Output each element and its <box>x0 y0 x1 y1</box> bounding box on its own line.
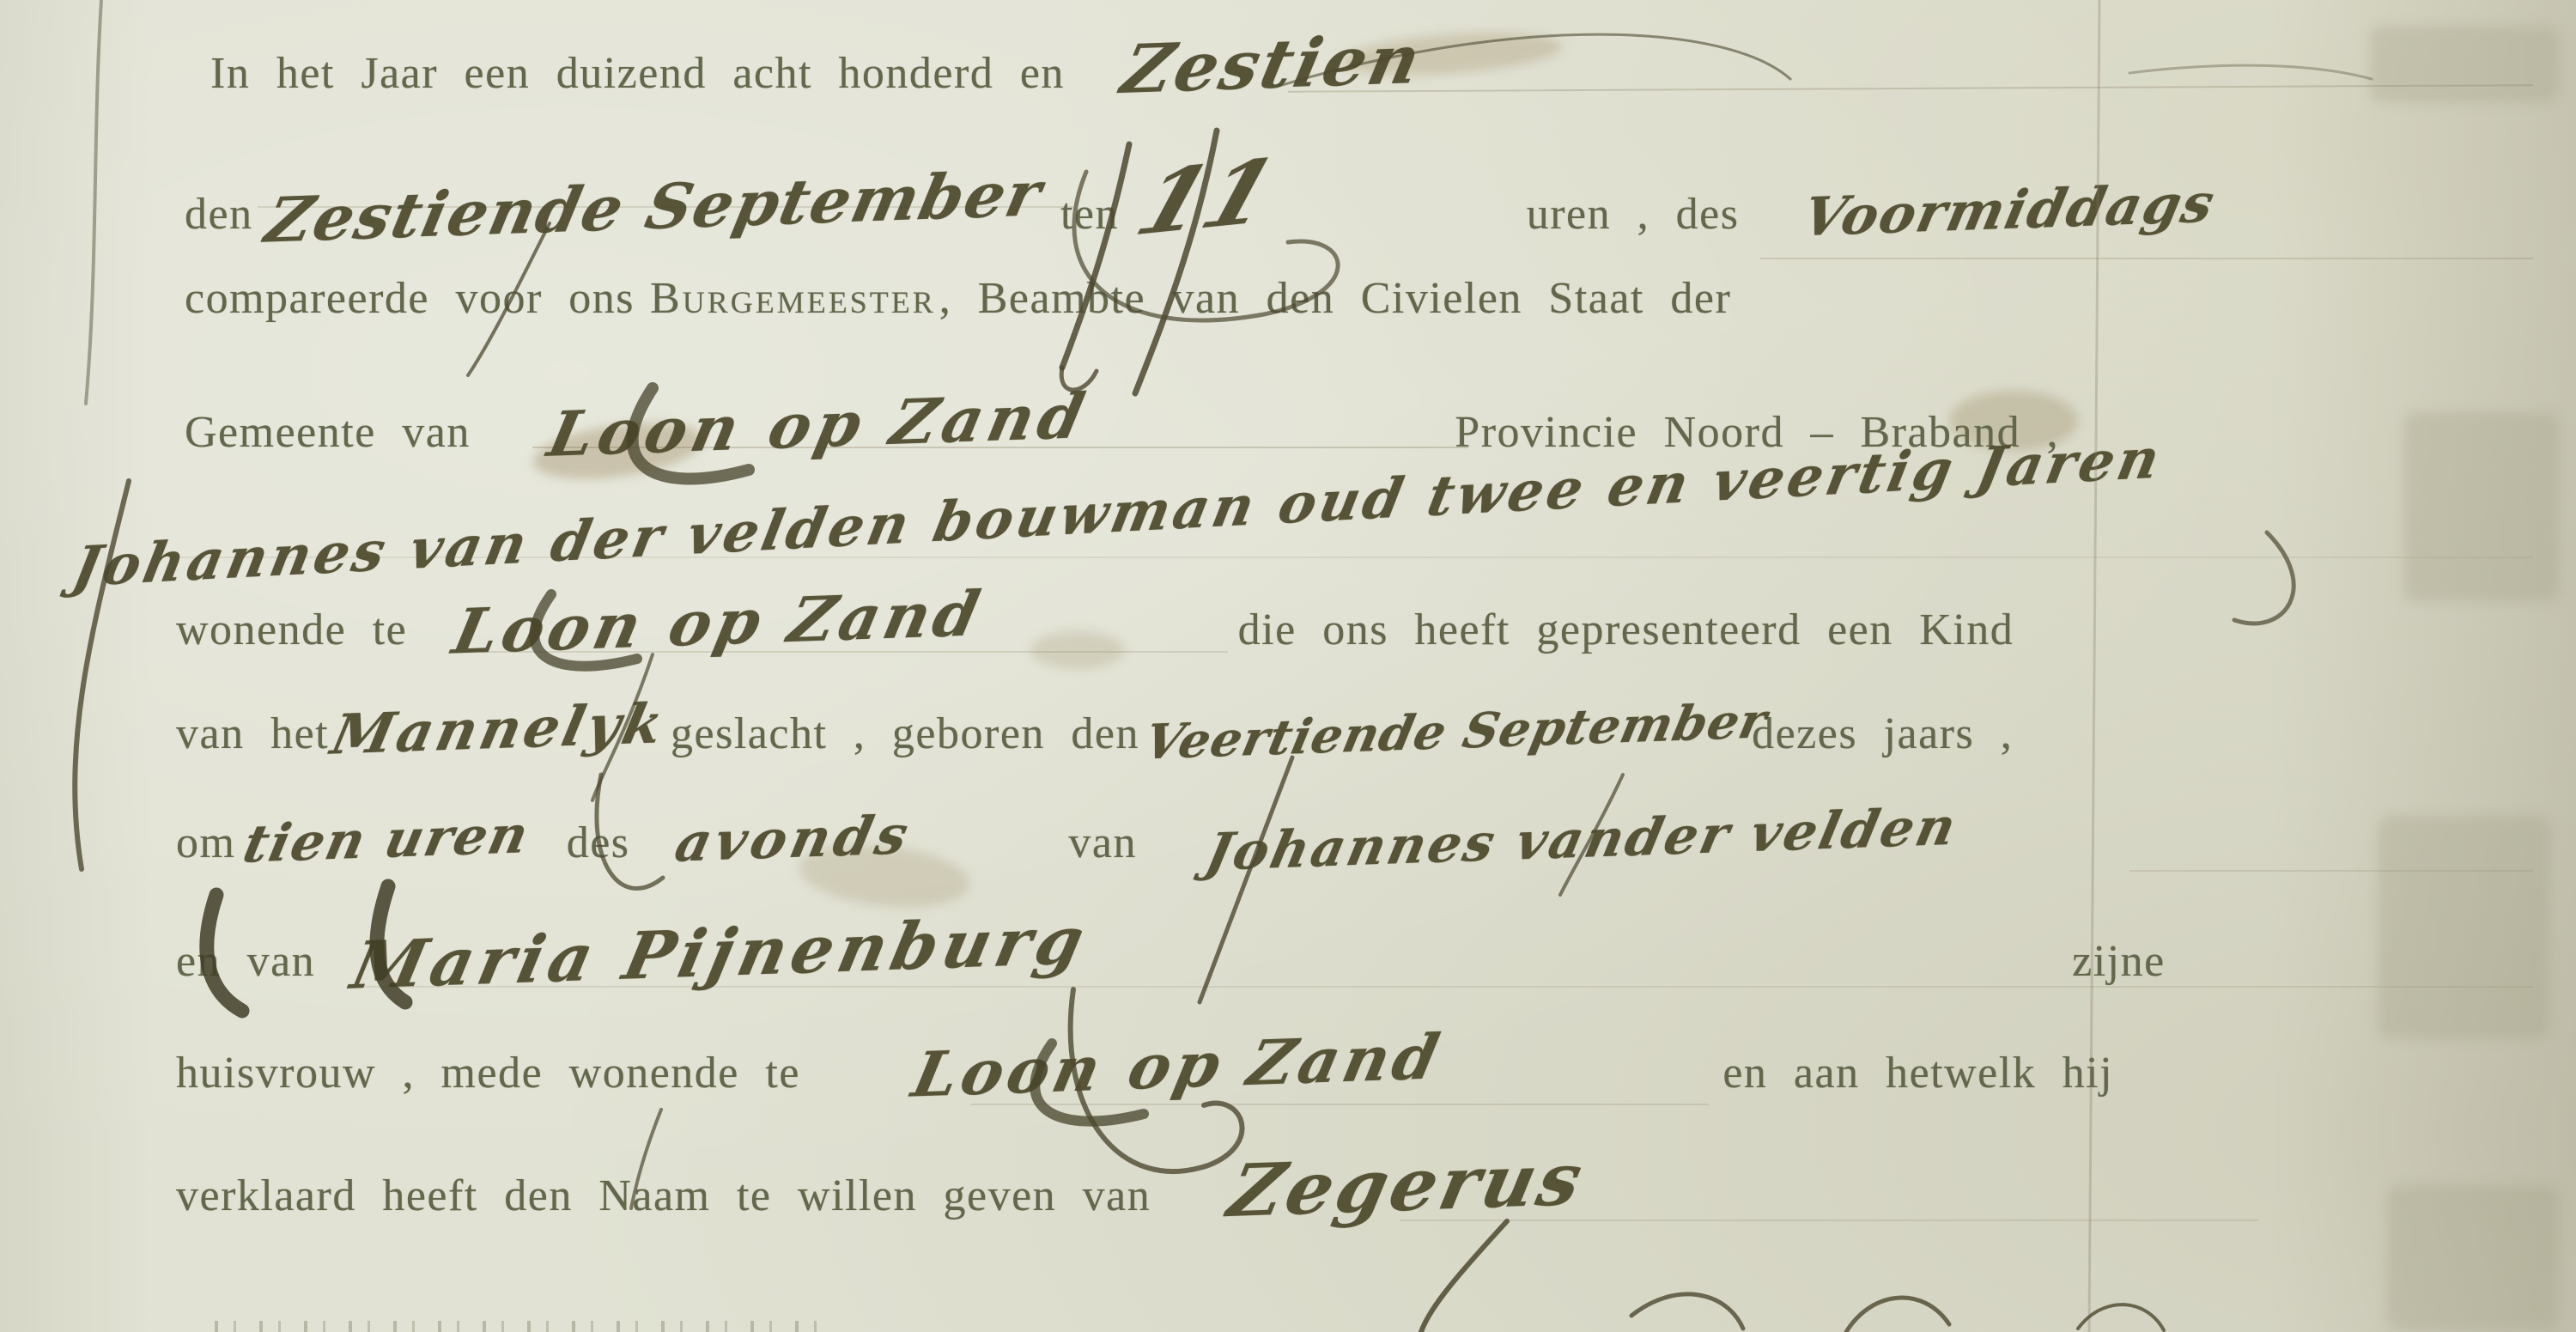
printed-huisvrouw: huisvrouw , mede wonende te <box>176 1048 800 1098</box>
bleed-through-mark <box>2370 26 2559 103</box>
line-mother: en vanMaria Pijnenburgzijne <box>176 915 2166 991</box>
entry-birth-daypart: avonds <box>670 803 918 873</box>
printed-zijne: zijne <box>2072 936 2166 987</box>
printed-burgemeester: Burgemeester <box>650 273 936 324</box>
line-wife-residence: huisvrouw , mede wonende teLoon op Zande… <box>176 1029 2113 1102</box>
entry-birth-hour: tien uren <box>239 805 536 874</box>
printed-beambte: , Beambte van den Civielen Staat der <box>939 273 1732 324</box>
scanned-birth-record-page: { "page": { "kind": "Dutch civil birth r… <box>0 0 2576 1332</box>
printed-compareerde: compareerde voor ons <box>185 273 635 324</box>
entry-father-name: Johannes vander velden <box>1200 797 1964 883</box>
entry-daypart: Voormiddags <box>1798 172 2222 249</box>
form-rule <box>1760 258 2533 259</box>
entry-mother-name: Maria Pijnenburg <box>345 902 1096 1004</box>
entry-wife-residence: Loon op Zand <box>906 1019 1449 1110</box>
printed-geslacht-geboren: geslacht , geboren den <box>671 709 1139 759</box>
printed-van-het: van het <box>176 709 329 759</box>
printed-wonende-te: wonende te <box>176 605 407 655</box>
line-date-time: denZestiende Septemberten11uren , desVoo… <box>185 144 2214 250</box>
line-residence: wonende teLoon op Zanddie ons heeft gepr… <box>176 586 2014 659</box>
printed-van: van <box>1068 818 1137 868</box>
line-sex-birthdate: van hetMannelykgeslacht , geboren denVee… <box>176 697 2013 762</box>
entry-sex: Mannelyk <box>326 691 672 767</box>
form-rule <box>1288 84 2533 93</box>
entry-hour: 11 <box>1124 138 1289 256</box>
printed-en-van: en van <box>176 936 315 987</box>
printed-ten: ten <box>1060 189 1119 240</box>
line-child-name: verklaard heeft den Naam te willen geven… <box>176 1142 1583 1227</box>
entry-residence: Loon op Zand <box>447 576 991 667</box>
cropped-line-fragment <box>215 1321 833 1332</box>
entry-year: Zestien <box>1115 21 1430 109</box>
line-declarant: Johannes van der velden bouwman oud twee… <box>82 463 2155 563</box>
entry-municipality: Loon op Zand <box>542 379 1096 471</box>
line-official: compareerde voor onsBurgemeester, Beambt… <box>185 273 1731 324</box>
line-year: In het Jaar een duizend acht honderd enZ… <box>210 26 1419 104</box>
entry-day-month: Zestiende September <box>259 156 1049 256</box>
bleed-through-mark <box>2404 412 2559 601</box>
line-birth-time-father: omtien urendesavondsvanJohannes vander v… <box>176 807 1954 870</box>
printed-year-prefix: In het Jaar een duizend acht honderd en <box>210 48 1065 99</box>
printed-en-aan-hetwelk: en aan hetwelk hij <box>1722 1048 2113 1098</box>
printed-uren-des: uren , des <box>1527 189 1740 240</box>
printed-om: om <box>176 818 235 868</box>
entry-birthdate: Veertiende September <box>1139 693 1772 771</box>
printed-dezes-jaars: dezes jaars , <box>1752 709 2013 759</box>
printed-gemeente-van: Gemeente van <box>185 407 471 458</box>
bleed-through-mark <box>2387 1185 2559 1331</box>
entry-child-name: Zegerus <box>1222 1136 1593 1233</box>
printed-des: des <box>567 818 630 868</box>
printed-naam-geven: verklaard heeft den Naam te willen geven… <box>176 1171 1151 1221</box>
printed-gepresenteerd: die ons heeft gepresenteerd een Kind <box>1238 605 2014 655</box>
printed-den: den <box>185 189 253 240</box>
bleed-through-mark <box>2379 816 2550 1039</box>
